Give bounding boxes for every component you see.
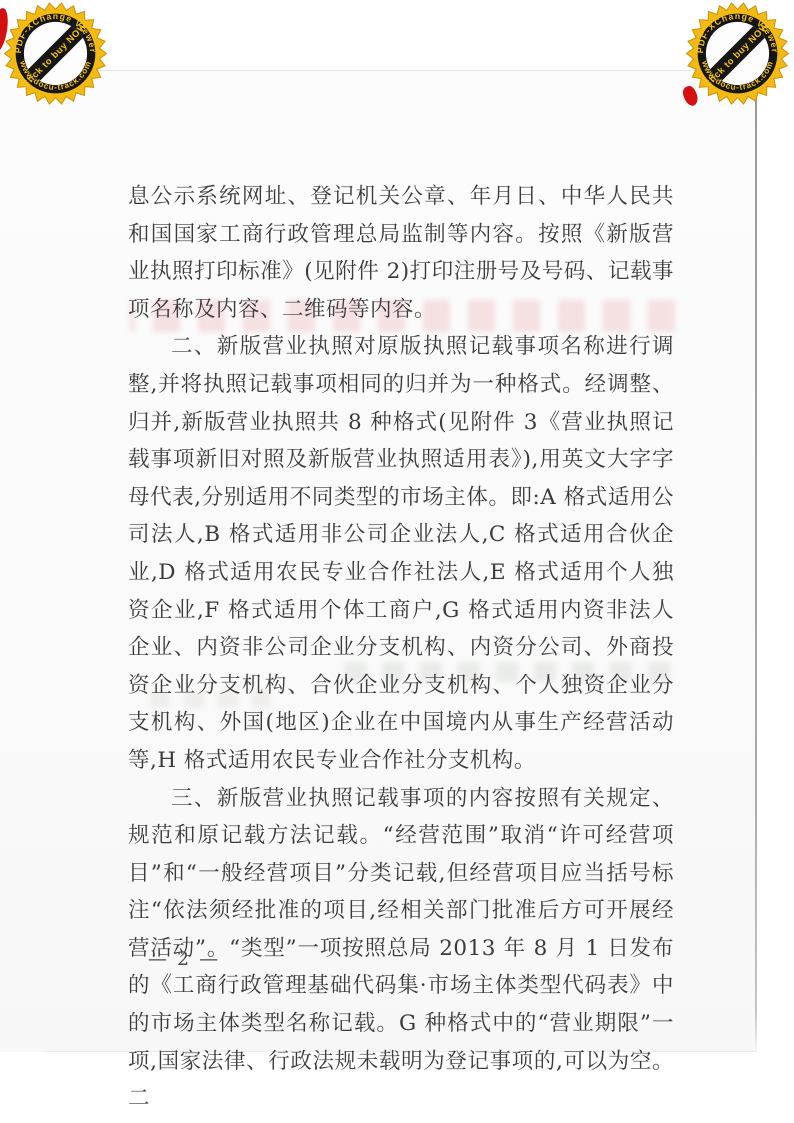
scanned-document-page: Click to buy NOW! PDF-XChange Viewer www… bbox=[0, 0, 794, 1123]
watermark-gear-icon: Click to buy NOW! PDF-XChange Viewer www… bbox=[4, 2, 107, 105]
document-body: 息公示系统网址、登记机关公章、年月日、中华人民共和国国家工商行政管理总局监制等内… bbox=[128, 178, 674, 1118]
paper-right-edge bbox=[755, 58, 757, 1052]
paper-top-edge bbox=[95, 70, 757, 71]
pdf-xchange-watermark-badge-right[interactable]: Click to buy NOW! PDF-XChange Viewer www… bbox=[686, 2, 789, 105]
paragraph-2-item-two: 二、新版营业执照对原版执照记载事项名称进行调整,并将执照记载事项相同的归并为一种… bbox=[128, 328, 674, 779]
page-number: — 2 — bbox=[148, 948, 220, 970]
pdf-xchange-watermark-badge-left[interactable]: Click to buy NOW! PDF-XChange Viewer www… bbox=[4, 2, 107, 105]
paragraph-1-continuation: 息公示系统网址、登记机关公章、年月日、中华人民共和国国家工商行政管理总局监制等内… bbox=[128, 178, 674, 328]
watermark-gear-icon: Click to buy NOW! PDF-XChange Viewer www… bbox=[686, 2, 789, 105]
